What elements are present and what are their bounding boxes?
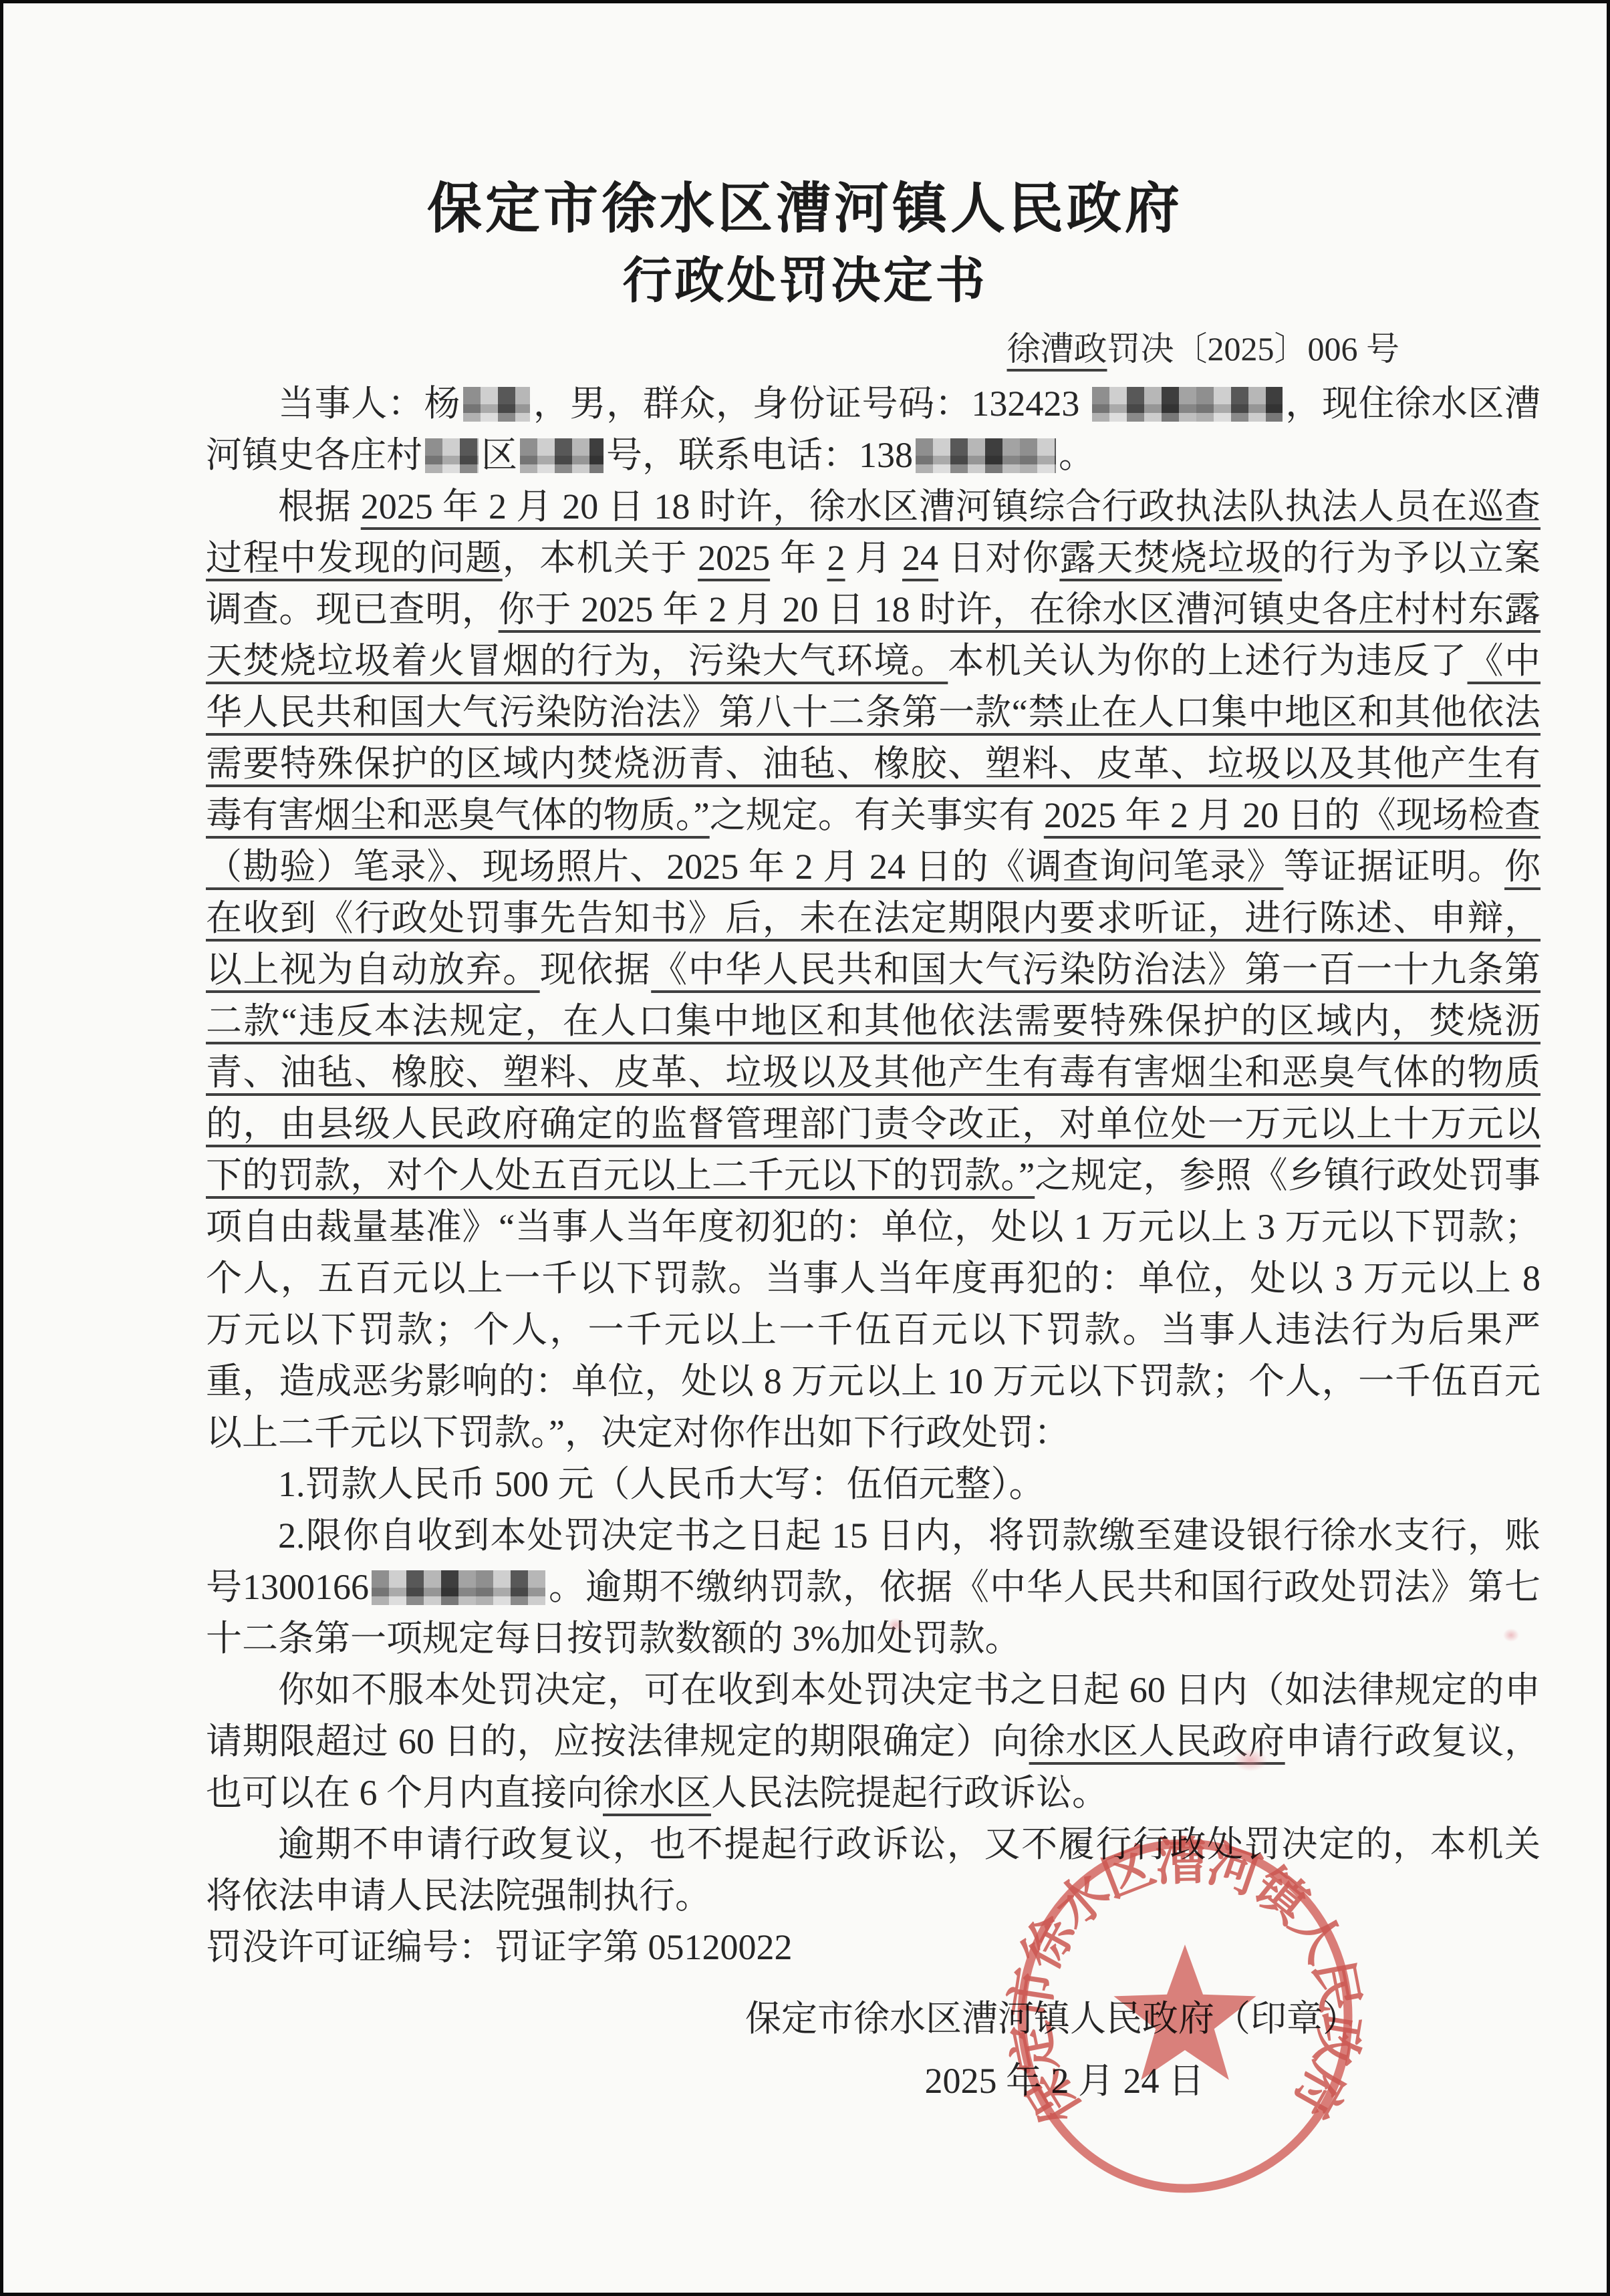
seal-star-icon <box>1114 1945 1256 2080</box>
party-info: 当事人：杨，男，群众，身份证号码：132423 ，现住徐水区漕河镇史各庄村区号，… <box>206 378 1540 481</box>
redaction-block <box>1092 387 1283 422</box>
underlined-text: 徐水区人民政府 <box>1029 1721 1285 1761</box>
text-run: ，男，群众，身份证号码：132423 <box>533 384 1089 424</box>
text-run: 之规定，参照《乡镇行政处罚事项自由裁量基准》“当事人当年度初犯的：单位，处以 1… <box>206 1155 1540 1453</box>
redaction-block <box>425 438 479 473</box>
text-run: ，本机关于 <box>503 538 698 578</box>
text-run: 区 <box>481 435 517 475</box>
text-run: 现依据 <box>540 950 652 990</box>
text-run: 月 <box>845 538 902 578</box>
document-type-title: 行政处罚决定书 <box>3 252 1607 311</box>
scanned-document-page: 保定市徐水区漕河镇人民政府 行政处罚决定书 徐漕政罚决〔2025〕006 号 当… <box>0 0 1610 2296</box>
text-run: 罚没许可证编号：罚证字第 05120022 <box>206 1927 793 1967</box>
penalty-item-1: 1.罚款人民币 500 元（人民币大写：伍佰元整）。 <box>206 1459 1540 1510</box>
redaction-block <box>520 438 603 473</box>
text-run: 之规定。有关事实有 <box>710 795 1044 835</box>
text-run: 号，联系电话：138 <box>606 435 913 475</box>
official-red-seal: 保定市徐水区漕河镇人民政府 <box>931 1762 1439 2270</box>
text-run: 年 <box>770 538 827 578</box>
underlined-text: 徐水区 <box>603 1773 711 1813</box>
document-number: 徐漕政罚决〔2025〕006 号 <box>3 322 1607 370</box>
document-number-prefix: 徐漕政 <box>1007 330 1107 368</box>
redaction-block <box>916 438 1056 473</box>
document-number-rest: 罚决〔2025〕006 号 <box>1107 330 1400 368</box>
text-run: 1.罚款人民币 500 元（人民币大写：伍佰元整）。 <box>278 1464 1045 1504</box>
underlined-text: 24 <box>902 538 938 578</box>
underlined-text: 2 <box>827 538 845 578</box>
redaction-block <box>372 1570 545 1605</box>
text-run: 根据 <box>278 486 361 527</box>
document-header: 保定市徐水区漕河镇人民政府 行政处罚决定书 <box>3 176 1607 311</box>
issuing-authority-title: 保定市徐水区漕河镇人民政府 <box>3 176 1607 243</box>
facts-and-legal-basis: 根据 2025 年 2 月 20 日 18 时许，徐水区漕河镇综合行政执法队执法… <box>206 481 1540 1459</box>
text-run: 日对你 <box>938 538 1059 578</box>
text-run: 当事人：杨 <box>278 384 460 424</box>
body-text: 当事人：杨，男，群众，身份证号码：132423 ，现住徐水区漕河镇史各庄村区号，… <box>206 378 1540 1973</box>
underlined-text: 2025 <box>698 538 770 578</box>
text-run: 。 <box>1059 435 1095 475</box>
redaction-block <box>463 387 530 422</box>
underlined-text: 露天焚烧垃圾 <box>1059 538 1282 578</box>
penalty-item-2: 2.限你自收到本处罚决定书之日起 15 日内，将罚款缴至建设银行徐水支行，账号1… <box>206 1510 1540 1665</box>
text-run: 等证据证明。 <box>1283 847 1504 887</box>
text-run: 本机关认为你的上述行为违反了 <box>948 641 1467 681</box>
